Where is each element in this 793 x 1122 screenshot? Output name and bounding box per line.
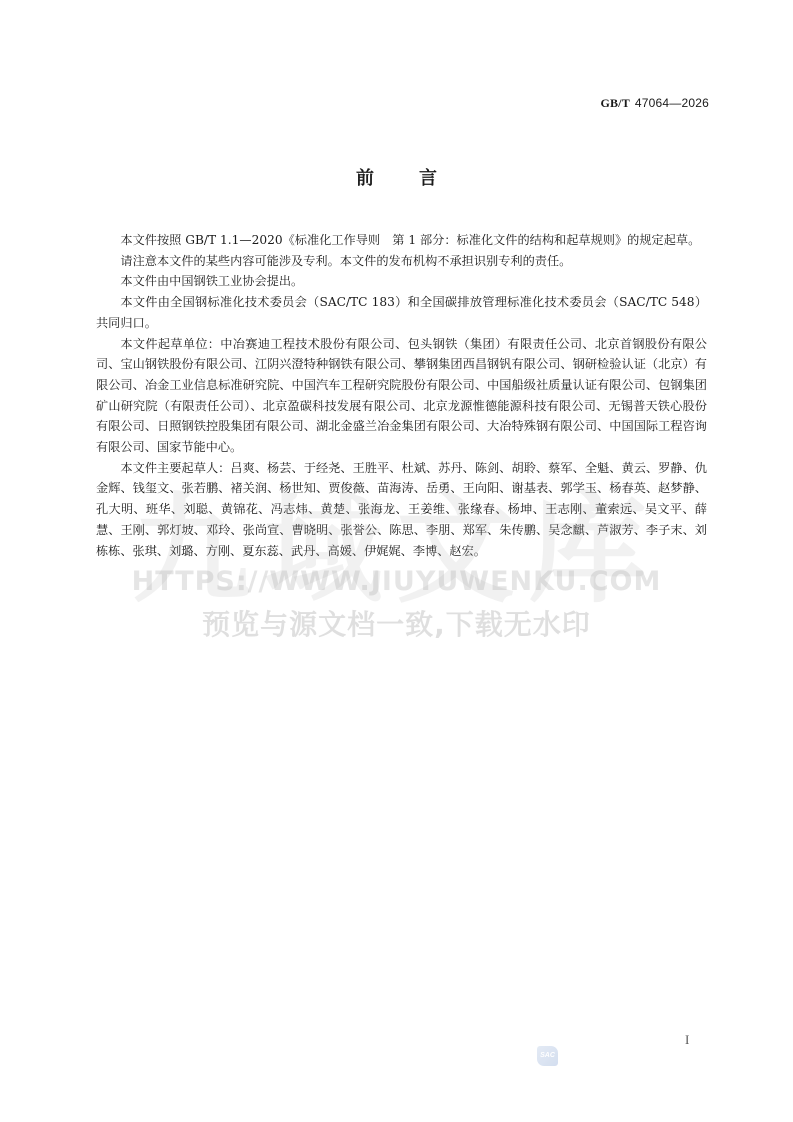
title-char-1: 前 bbox=[356, 164, 374, 190]
paragraph-patent-notice: 请注意本文件的某些内容可能涉及专利。本文件的发布机构不承担识别专利的责任。 bbox=[96, 251, 707, 272]
watermark-note: 预览与源文档一致,下载无水印 bbox=[0, 603, 793, 643]
page-number: I bbox=[685, 1032, 689, 1048]
watermark-url: HTTPS://WWW.JIUYUWENKU.COM bbox=[0, 566, 793, 597]
paragraph-proposer: 本文件由中国钢铁工业协会提出。 bbox=[96, 271, 707, 292]
page-title: 前言 bbox=[0, 164, 793, 190]
paragraph-drafting-rules: 本文件按照 GB/T 1.1—2020《标准化工作导则 第 1 部分：标准化文件… bbox=[96, 230, 707, 251]
standard-code: GB/T47064—2026 bbox=[600, 96, 709, 111]
standard-prefix: GB/T bbox=[600, 96, 629, 110]
paragraph-drafting-units: 本文件起草单位：中冶赛迪工程技术股份有限公司、包头钢铁（集团）有限责任公司、北京… bbox=[96, 334, 707, 458]
paragraph-committee: 本文件由全国钢标准化技术委员会（SAC/TC 183）和全国碳排放管理标准化技术… bbox=[96, 292, 707, 333]
title-char-2: 言 bbox=[419, 164, 437, 190]
standard-number: 47064—2026 bbox=[635, 96, 709, 110]
foreword-body: 本文件按照 GB/T 1.1—2020《标准化工作导则 第 1 部分：标准化文件… bbox=[96, 230, 707, 561]
paragraph-drafters: 本文件主要起草人：吕爽、杨芸、于经尧、王胜平、杜斌、苏丹、陈剑、胡聆、蔡军、全魁… bbox=[96, 458, 707, 562]
sac-logo-icon: SAC bbox=[537, 1046, 558, 1066]
